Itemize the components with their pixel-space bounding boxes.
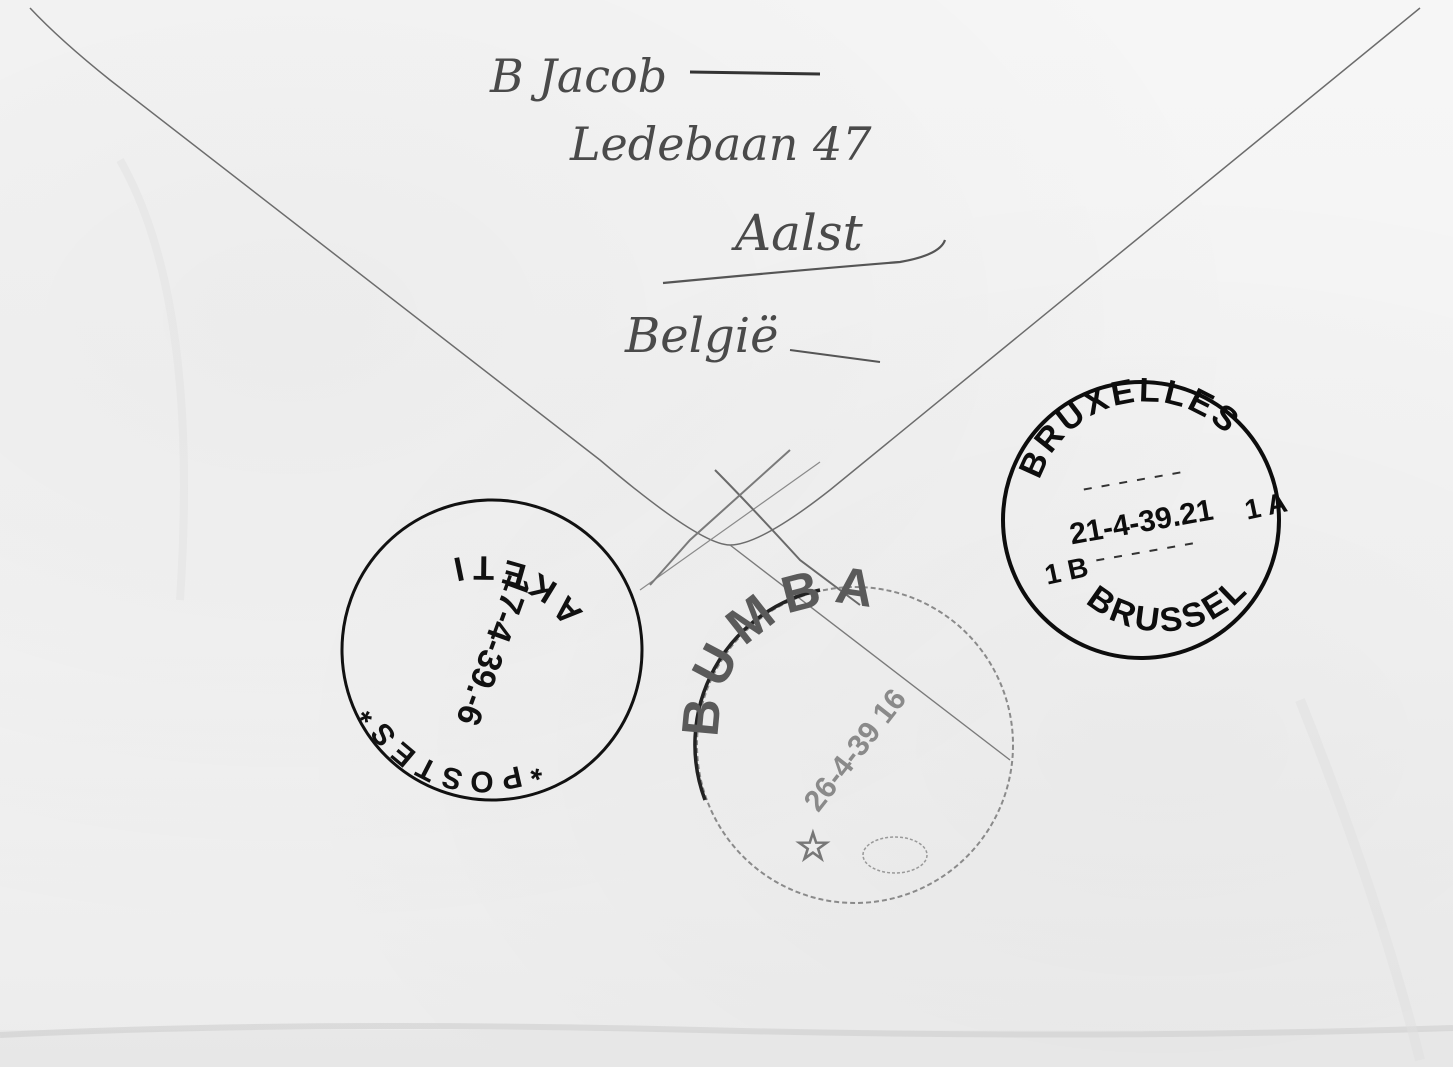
envelope-back: B Jacob Ledebaan 47 Aalst België *POSTES… — [0, 0, 1453, 1067]
postmark-bruxelles-bottom-text: BRUSSEL — [1080, 569, 1255, 640]
postmark-bruxelles: BRUXELLES BRUSSEL 21-4-39.21 1 B 1 A — [0, 0, 1453, 1067]
postmark-bruxelles-left-code: 1 B — [1042, 551, 1091, 590]
svg-text:BRUSSEL: BRUSSEL — [1080, 569, 1255, 640]
postmark-bruxelles-right-code: 1 A — [1242, 486, 1290, 525]
svg-text:BRUXELLES: BRUXELLES — [1012, 371, 1248, 483]
postmark-bruxelles-top-text: BRUXELLES — [1012, 371, 1248, 483]
postmark-bruxelles-date: 21-4-39.21 — [1067, 494, 1216, 552]
